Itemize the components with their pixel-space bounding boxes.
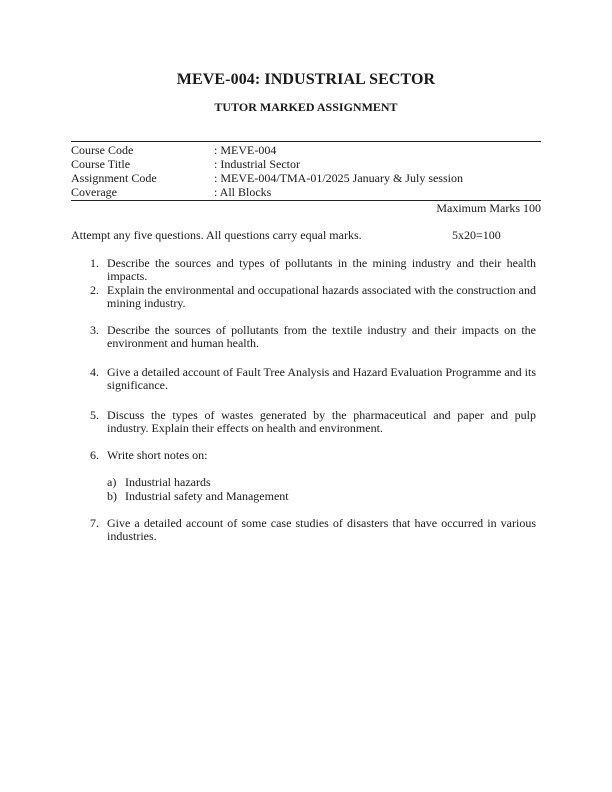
question-2: 2. Explain the environmental and occupat… <box>107 284 536 310</box>
question-text: Write short notes on: <box>107 448 208 462</box>
question-1: 1. Describe the sources and types of pol… <box>107 257 536 283</box>
sub-item-a: a) Industrial hazards <box>125 476 211 489</box>
document-subtitle: TUTOR MARKED ASSIGNMENT <box>0 100 612 115</box>
question-number: 5. <box>90 409 99 422</box>
instructions-text: Attempt any five questions. All question… <box>71 228 362 242</box>
question-text: Give a detailed account of some case stu… <box>107 516 536 543</box>
question-number: 3. <box>90 324 99 337</box>
question-5: 5. Discuss the types of wastes generated… <box>107 409 536 435</box>
info-value: : All Blocks <box>214 185 271 199</box>
sub-item-letter: a) <box>107 476 116 489</box>
document-title: MEVE-004: INDUSTRIAL SECTOR <box>0 71 612 89</box>
question-7: 7. Give a detailed account of some case … <box>107 517 536 543</box>
info-label: Assignment Code <box>71 171 214 185</box>
question-text: Describe the sources of pollutants from … <box>107 323 536 350</box>
question-number: 1. <box>90 257 99 270</box>
question-3: 3. Describe the sources of pollutants fr… <box>107 324 536 350</box>
question-text: Discuss the types of wastes generated by… <box>107 408 536 435</box>
sub-item-text: Industrial hazards <box>125 475 211 489</box>
question-4: 4. Give a detailed account of Fault Tree… <box>107 366 536 392</box>
info-row-coverage: Coverage : All Blocks <box>71 185 541 199</box>
course-info-table: Course Code : MEVE-004 Course Title : In… <box>71 141 541 201</box>
question-text: Explain the environmental and occupation… <box>107 283 536 310</box>
sub-item-b: b) Industrial safety and Management <box>125 490 289 503</box>
question-number: 2. <box>90 284 99 297</box>
question-number: 7. <box>90 517 99 530</box>
sub-item-text: Industrial safety and Management <box>125 489 289 503</box>
document-page: MEVE-004: INDUSTRIAL SECTOR TUTOR MARKED… <box>0 0 612 792</box>
info-row-assignment-code: Assignment Code : MEVE-004/TMA-01/2025 J… <box>71 171 541 185</box>
maximum-marks: Maximum Marks 100 <box>436 201 541 215</box>
info-label: Course Title <box>71 157 214 171</box>
info-row-course-title: Course Title : Industrial Sector <box>71 157 541 171</box>
question-number: 4. <box>90 366 99 379</box>
info-value: : Industrial Sector <box>214 157 300 171</box>
marks-formula: 5x20=100 <box>452 228 501 242</box>
sub-item-letter: b) <box>107 490 117 503</box>
info-value: : MEVE-004 <box>214 143 276 157</box>
question-number: 6. <box>90 449 99 462</box>
info-label: Course Code <box>71 143 214 157</box>
info-row-course-code: Course Code : MEVE-004 <box>71 143 541 157</box>
question-text: Give a detailed account of Fault Tree An… <box>107 365 536 392</box>
info-value: : MEVE-004/TMA-01/2025 January & July se… <box>214 171 463 185</box>
info-label: Coverage <box>71 185 214 199</box>
question-text: Describe the sources and types of pollut… <box>107 256 536 283</box>
question-6: 6. Write short notes on: <box>107 449 536 462</box>
